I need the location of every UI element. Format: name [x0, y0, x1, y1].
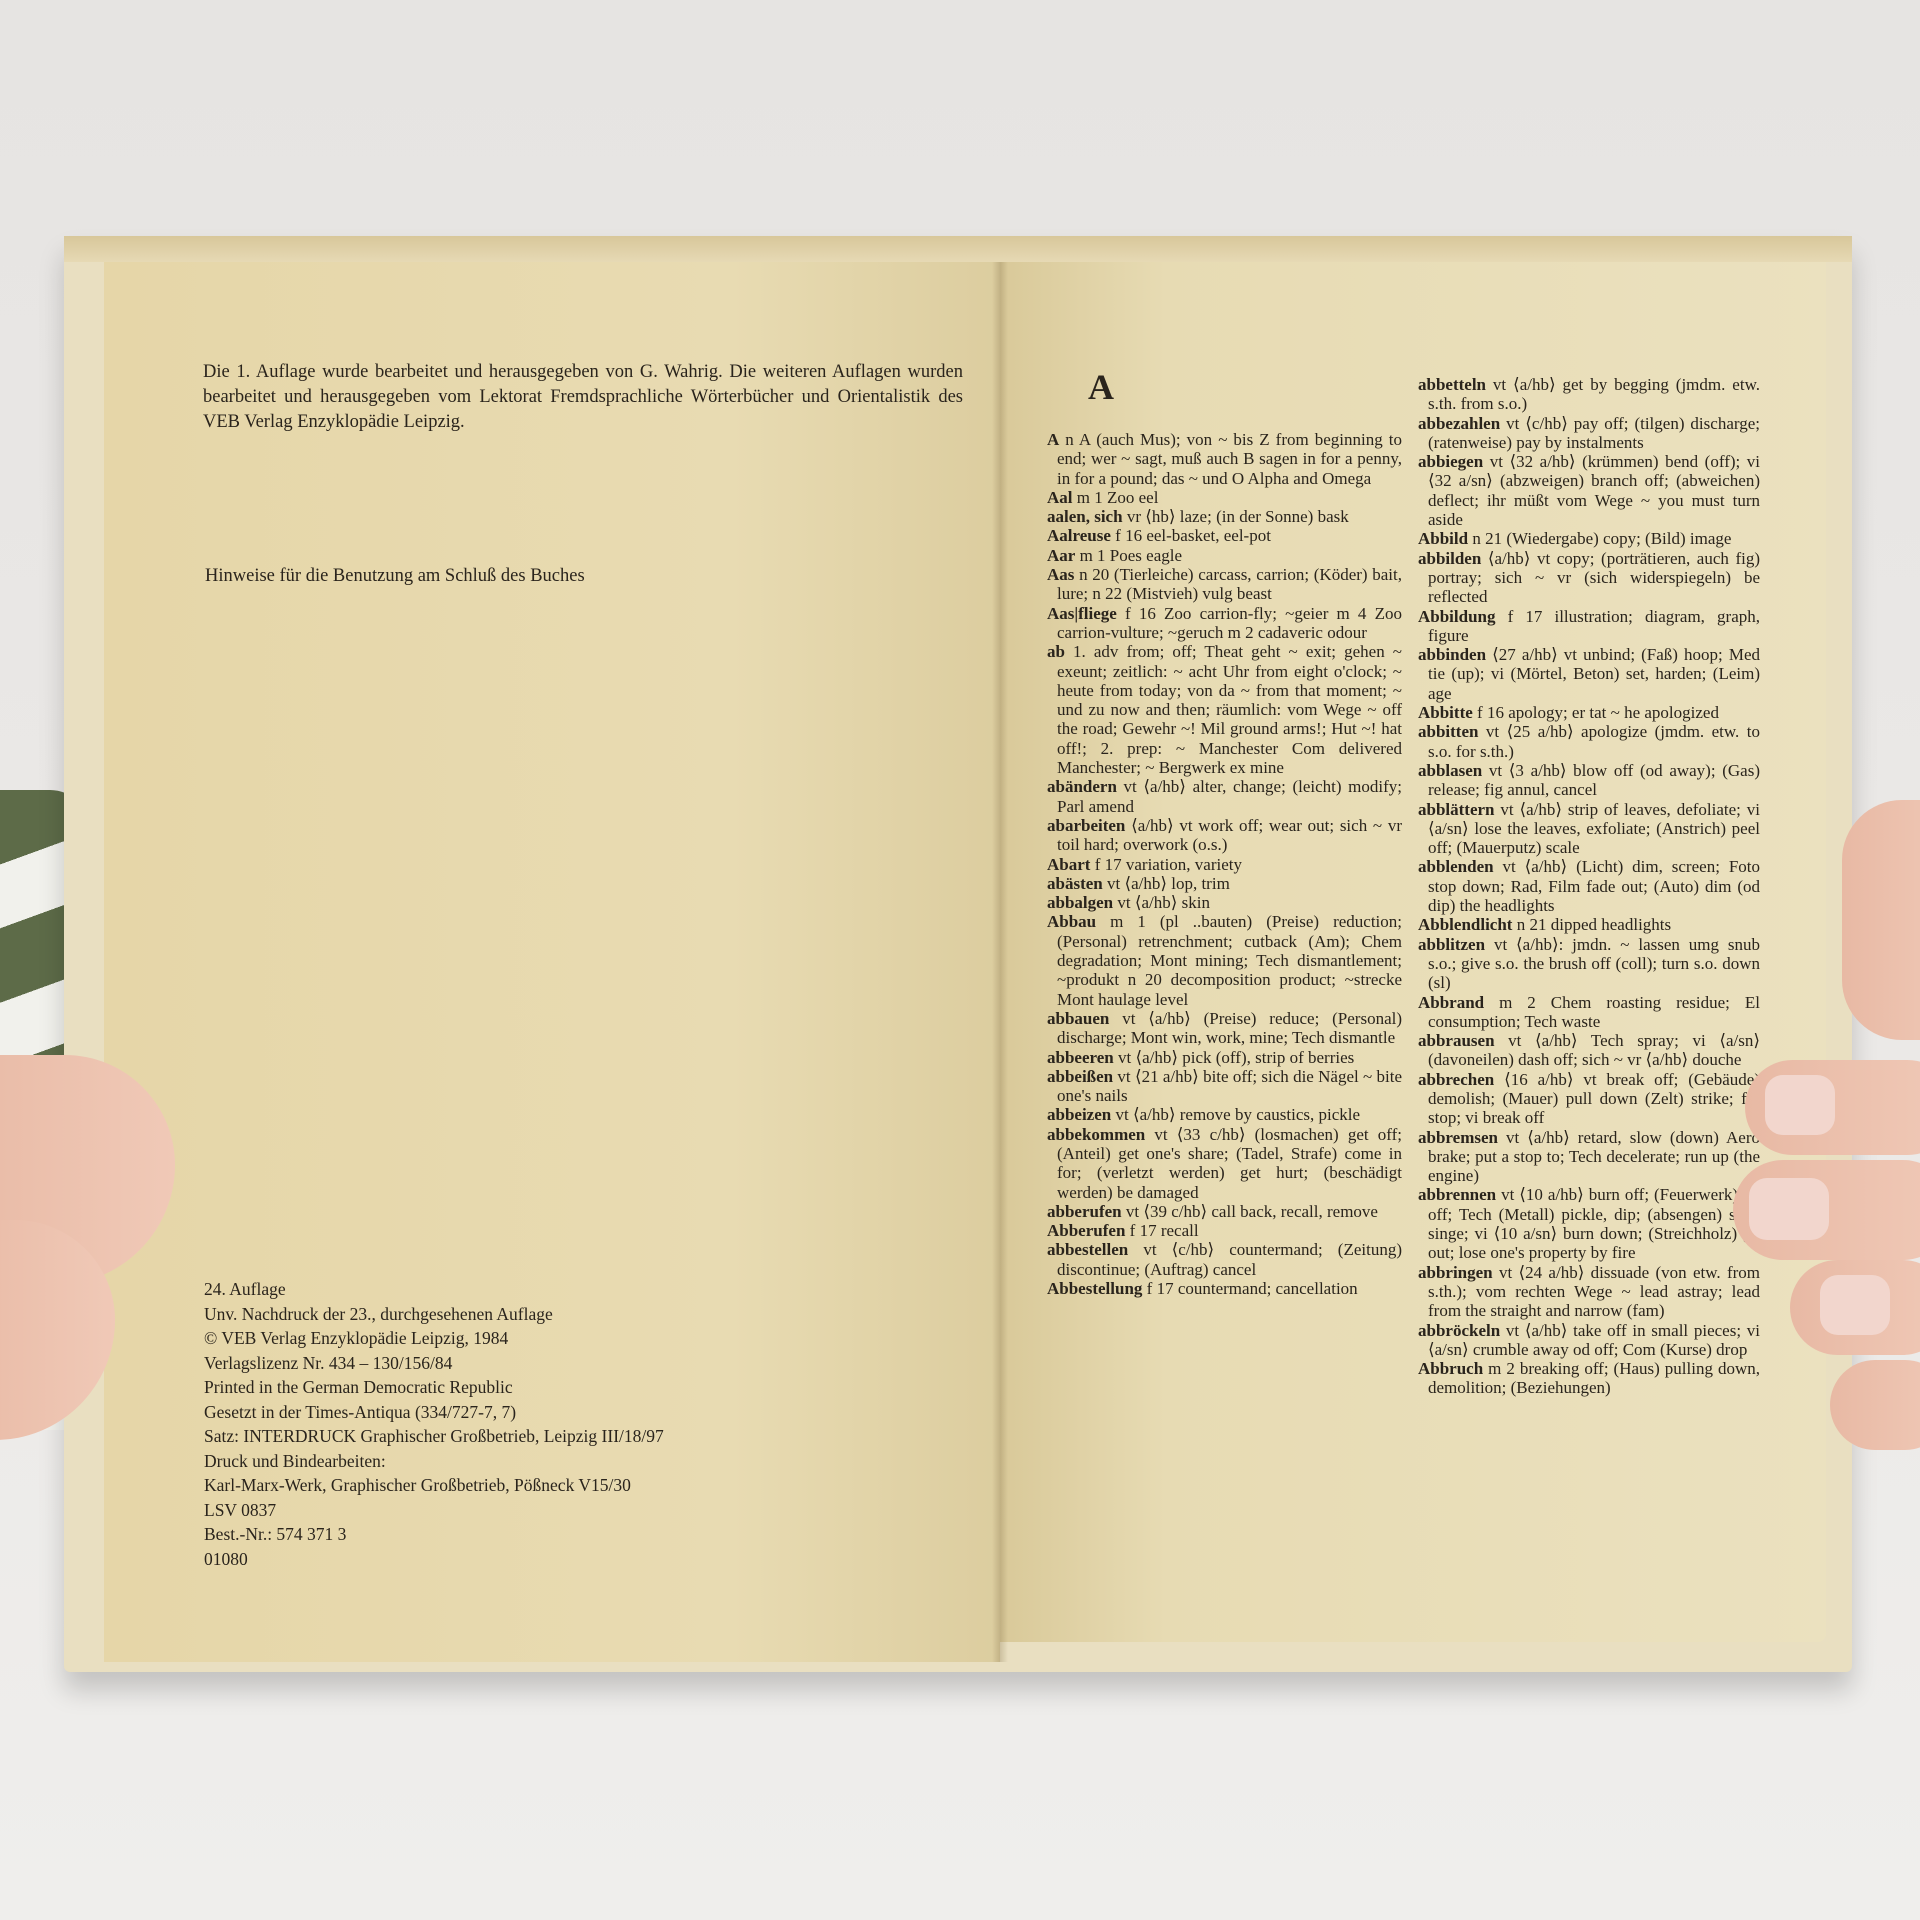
dictionary-entry: Aalreuse f 16 eel-basket, eel-pot: [1047, 526, 1402, 545]
imprint-line: Best.-Nr.: 574 371 3: [204, 1522, 664, 1547]
dictionary-entry: A n A (auch Mus); von ~ bis Z from begin…: [1047, 430, 1402, 488]
definition: n A (auch Mus); von ~ bis Z from beginni…: [1057, 430, 1402, 488]
dictionary-entry: abbinden ⟨27 a/hb⟩ vt unbind; (Faß) hoop…: [1418, 645, 1760, 703]
headword: Abbruch: [1418, 1359, 1483, 1378]
dictionary-entry: Aas n 20 (Tierleiche) carcass, carrion; …: [1047, 565, 1402, 604]
book-cover-top-edge: [64, 236, 1852, 262]
section-letter: A: [1088, 366, 1114, 408]
dictionary-entry: abbröckeln vt ⟨a/hb⟩ take off in small p…: [1418, 1321, 1760, 1360]
dictionary-entry: abbetteln vt ⟨a/hb⟩ get by begging (jmdm…: [1418, 375, 1760, 414]
headword: abbinden: [1418, 645, 1486, 664]
headword: abbetteln: [1418, 375, 1486, 394]
headword: Abbitte: [1418, 703, 1473, 722]
right-hand-finger: [1733, 1160, 1920, 1260]
headword: abästen: [1047, 874, 1103, 893]
headword: abbrennen: [1418, 1185, 1496, 1204]
headword: abbrechen: [1418, 1070, 1494, 1089]
headword: Aas: [1047, 565, 1074, 584]
dictionary-entry: abbrennen vt ⟨10 a/hb⟩ burn off; (Feuerw…: [1418, 1185, 1760, 1262]
definition: f 17 recall: [1125, 1221, 1198, 1240]
definition: vt ⟨25 a/hb⟩ apologize (jmdm. etw. to s.…: [1428, 722, 1760, 760]
dictionary-entry: abblättern vt ⟨a/hb⟩ strip of leaves, de…: [1418, 800, 1760, 858]
right-hand-finger: [1790, 1260, 1920, 1355]
usage-note: Hinweise für die Benutzung am Schluß des…: [205, 564, 585, 589]
headword: abarbeiten: [1047, 816, 1125, 835]
definition: vt ⟨a/hb⟩ pick (off), strip of berries: [1114, 1048, 1355, 1067]
imprint-line: 01080: [204, 1547, 664, 1572]
headword: abbalgen: [1047, 893, 1113, 912]
imprint-line: Unv. Nachdruck der 23., durchgesehenen A…: [204, 1302, 664, 1327]
headword: abbilden: [1418, 549, 1481, 568]
definition: f 17 countermand; cancellation: [1142, 1279, 1357, 1298]
headword: Abberufen: [1047, 1221, 1125, 1240]
definition: vt ⟨a/hb⟩ lop, trim: [1103, 874, 1230, 893]
headword: abbremsen: [1418, 1128, 1498, 1147]
headword: Abblendlicht: [1418, 915, 1512, 934]
dictionary-entry: Aas|fliege f 16 Zoo carrion-fly; ~geier …: [1047, 604, 1402, 643]
headword: Aas|fliege: [1047, 604, 1117, 623]
definition: m 1 (pl ..bauten) (Preise) reduction; (P…: [1057, 912, 1402, 1008]
dictionary-entry: abarbeiten ⟨a/hb⟩ vt work off; wear out;…: [1047, 816, 1402, 855]
headword: abbrausen: [1418, 1031, 1495, 1050]
headword: abbauen: [1047, 1009, 1109, 1028]
headword: abbezahlen: [1418, 414, 1500, 433]
definition: m 1 Zoo eel: [1073, 488, 1159, 507]
dictionary-entry: Aal m 1 Zoo eel: [1047, 488, 1402, 507]
headword: A: [1047, 430, 1059, 449]
headword: Aar: [1047, 546, 1075, 565]
imprint-line: Gesetzt in der Times-Antiqua (334/727-7,…: [204, 1400, 664, 1425]
imprint-line: LSV 0837: [204, 1498, 664, 1523]
imprint-line: 24. Auflage: [204, 1277, 664, 1302]
definition: vt ⟨a/hb⟩ (Preise) reduce; (Personal) di…: [1057, 1009, 1402, 1047]
dictionary-entry: abbekommen vt ⟨33 c/hb⟩ (losmachen) get …: [1047, 1125, 1402, 1202]
fingernail: [1765, 1075, 1835, 1135]
dictionary-entry: Abbestellung f 17 countermand; cancellat…: [1047, 1279, 1402, 1298]
dictionary-entry: abbiegen vt ⟨32 a/hb⟩ (krümmen) bend (of…: [1418, 452, 1760, 529]
dictionary-column-1: A n A (auch Mus); von ~ bis Z from begin…: [1047, 430, 1402, 1298]
definition: 1. adv from; off; Theat geht ~ exit; geh…: [1057, 642, 1402, 777]
dictionary-entry: abändern vt ⟨a/hb⟩ alter, change; (leich…: [1047, 777, 1402, 816]
headword: abbröckeln: [1418, 1321, 1500, 1340]
dictionary-entry: Abbrand m 2 Chem roasting residue; El co…: [1418, 993, 1760, 1032]
dictionary-entry: abbeizen vt ⟨a/hb⟩ remove by caustics, p…: [1047, 1105, 1402, 1124]
dictionary-entry: abbringen vt ⟨24 a/hb⟩ dissuade (von etw…: [1418, 1263, 1760, 1321]
definition: m 1 Poes eagle: [1075, 546, 1182, 565]
headword: ab: [1047, 642, 1065, 661]
dictionary-entry: abblitzen vt ⟨a/hb⟩: jmdn. ~ lassen umg …: [1418, 935, 1760, 993]
headword: abbitten: [1418, 722, 1478, 741]
headword: Aal: [1047, 488, 1073, 507]
dictionary-entry: abbauen vt ⟨a/hb⟩ (Preise) reduce; (Pers…: [1047, 1009, 1402, 1048]
definition: n 20 (Tierleiche) carcass, carrion; (Köd…: [1057, 565, 1402, 603]
dictionary-entry: Abbildung f 17 illustration; diagram, gr…: [1418, 607, 1760, 646]
edition-credit: Die 1. Auflage wurde bearbeitet und hera…: [203, 360, 963, 435]
imprint-line: Karl-Marx-Werk, Graphischer Großbetrieb,…: [204, 1473, 664, 1498]
headword: abbeißen: [1047, 1067, 1113, 1086]
headword: aalen, sich: [1047, 507, 1123, 526]
dictionary-entry: abbremsen vt ⟨a/hb⟩ retard, slow (down) …: [1418, 1128, 1760, 1186]
dictionary-entry: abästen vt ⟨a/hb⟩ lop, trim: [1047, 874, 1402, 893]
definition: vt ⟨39 c/hb⟩ call back, recall, remove: [1122, 1202, 1378, 1221]
definition: f 17 variation, variety: [1090, 855, 1242, 874]
dictionary-entry: abbezahlen vt ⟨c/hb⟩ pay off; (tilgen) d…: [1418, 414, 1760, 453]
headword: abblenden: [1418, 857, 1494, 876]
headword: abbeizen: [1047, 1105, 1111, 1124]
dictionary-entry: aalen, sich vr ⟨hb⟩ laze; (in der Sonne)…: [1047, 507, 1402, 526]
definition: vr ⟨hb⟩ laze; (in der Sonne) bask: [1123, 507, 1349, 526]
imprint-line: Satz: INTERDRUCK Graphischer Großbetrieb…: [204, 1424, 664, 1449]
right-hand-finger: [1745, 1060, 1920, 1155]
headword: Aalreuse: [1047, 526, 1111, 545]
headword: abbringen: [1418, 1263, 1493, 1282]
dictionary-entry: abbilden ⟨a/hb⟩ vt copy; (porträtieren, …: [1418, 549, 1760, 607]
headword: abblitzen: [1418, 935, 1485, 954]
dictionary-entry: abblenden vt ⟨a/hb⟩ (Licht) dim, screen;…: [1418, 857, 1760, 915]
headword: abbiegen: [1418, 452, 1483, 471]
definition: vt ⟨a/hb⟩ skin: [1113, 893, 1210, 912]
dictionary-entry: abbrechen ⟨16 a/hb⟩ vt break off; (Gebäu…: [1418, 1070, 1760, 1128]
dictionary-entry: abberufen vt ⟨39 c/hb⟩ call back, recall…: [1047, 1202, 1402, 1221]
imprint-block: 24. Auflage Unv. Nachdruck der 23., durc…: [204, 1277, 664, 1571]
headword: abbekommen: [1047, 1125, 1145, 1144]
right-hand-finger: [1830, 1360, 1920, 1450]
definition: f 16 eel-basket, eel-pot: [1111, 526, 1271, 545]
dictionary-entry: ab 1. adv from; off; Theat geht ~ exit; …: [1047, 642, 1402, 777]
headword: Abbau: [1047, 912, 1096, 931]
dictionary-entry: Abart f 17 variation, variety: [1047, 855, 1402, 874]
imprint-line: © VEB Verlag Enzyklopädie Leipzig, 1984: [204, 1326, 664, 1351]
definition: vt ⟨a/hb⟩ remove by caustics, pickle: [1111, 1105, 1360, 1124]
dictionary-entry: abbitten vt ⟨25 a/hb⟩ apologize (jmdm. e…: [1418, 722, 1760, 761]
fingernail: [1749, 1178, 1829, 1240]
headword: abändern: [1047, 777, 1117, 796]
dictionary-entry: Abbau m 1 (pl ..bauten) (Preise) reducti…: [1047, 912, 1402, 1008]
book-gutter: [992, 262, 1008, 1662]
headword: abberufen: [1047, 1202, 1122, 1221]
dictionary-entry: Aar m 1 Poes eagle: [1047, 546, 1402, 565]
fingernail: [1820, 1275, 1890, 1335]
dictionary-entry: Abberufen f 17 recall: [1047, 1221, 1402, 1240]
dictionary-entry: Abblendlicht n 21 dipped headlights: [1418, 915, 1760, 934]
headword: abblättern: [1418, 800, 1495, 819]
definition: f 16 apology; er tat ~ he apologized: [1473, 703, 1719, 722]
dictionary-entry: Abbitte f 16 apology; er tat ~ he apolog…: [1418, 703, 1760, 722]
headword: Abbildung: [1418, 607, 1496, 626]
right-hand-thumb: [1842, 800, 1920, 1040]
dictionary-column-2: abbetteln vt ⟨a/hb⟩ get by begging (jmdm…: [1418, 375, 1760, 1398]
imprint-line: Printed in the German Democratic Republi…: [204, 1375, 664, 1400]
definition: n 21 (Wiedergabe) copy; (Bild) image: [1468, 529, 1731, 548]
dictionary-entry: Abbild n 21 (Wiedergabe) copy; (Bild) im…: [1418, 529, 1760, 548]
dictionary-entry: abbestellen vt ⟨c/hb⟩ countermand; (Zeit…: [1047, 1240, 1402, 1279]
headword: Abbild: [1418, 529, 1468, 548]
dictionary-entry: abbeißen vt ⟨21 a/hb⟩ bite off; sich die…: [1047, 1067, 1402, 1106]
headword: abblasen: [1418, 761, 1482, 780]
imprint-line: Verlagslizenz Nr. 434 – 130/156/84: [204, 1351, 664, 1376]
definition: n 21 dipped headlights: [1512, 915, 1671, 934]
dictionary-entry: abbrausen vt ⟨a/hb⟩ Tech spray; vi ⟨a/sn…: [1418, 1031, 1760, 1070]
dictionary-entry: Abbruch m 2 breaking off; (Haus) pulling…: [1418, 1359, 1760, 1398]
imprint-line: Druck und Bindearbeiten:: [204, 1449, 664, 1474]
dictionary-entry: abbalgen vt ⟨a/hb⟩ skin: [1047, 893, 1402, 912]
headword: abbeeren: [1047, 1048, 1114, 1067]
headword: Abbestellung: [1047, 1279, 1142, 1298]
dictionary-entry: abblasen vt ⟨3 a/hb⟩ blow off (od away);…: [1418, 761, 1760, 800]
headword: abbestellen: [1047, 1240, 1128, 1259]
headword: Abbrand: [1418, 993, 1484, 1012]
dictionary-entry: abbeeren vt ⟨a/hb⟩ pick (off), strip of …: [1047, 1048, 1402, 1067]
headword: Abart: [1047, 855, 1090, 874]
